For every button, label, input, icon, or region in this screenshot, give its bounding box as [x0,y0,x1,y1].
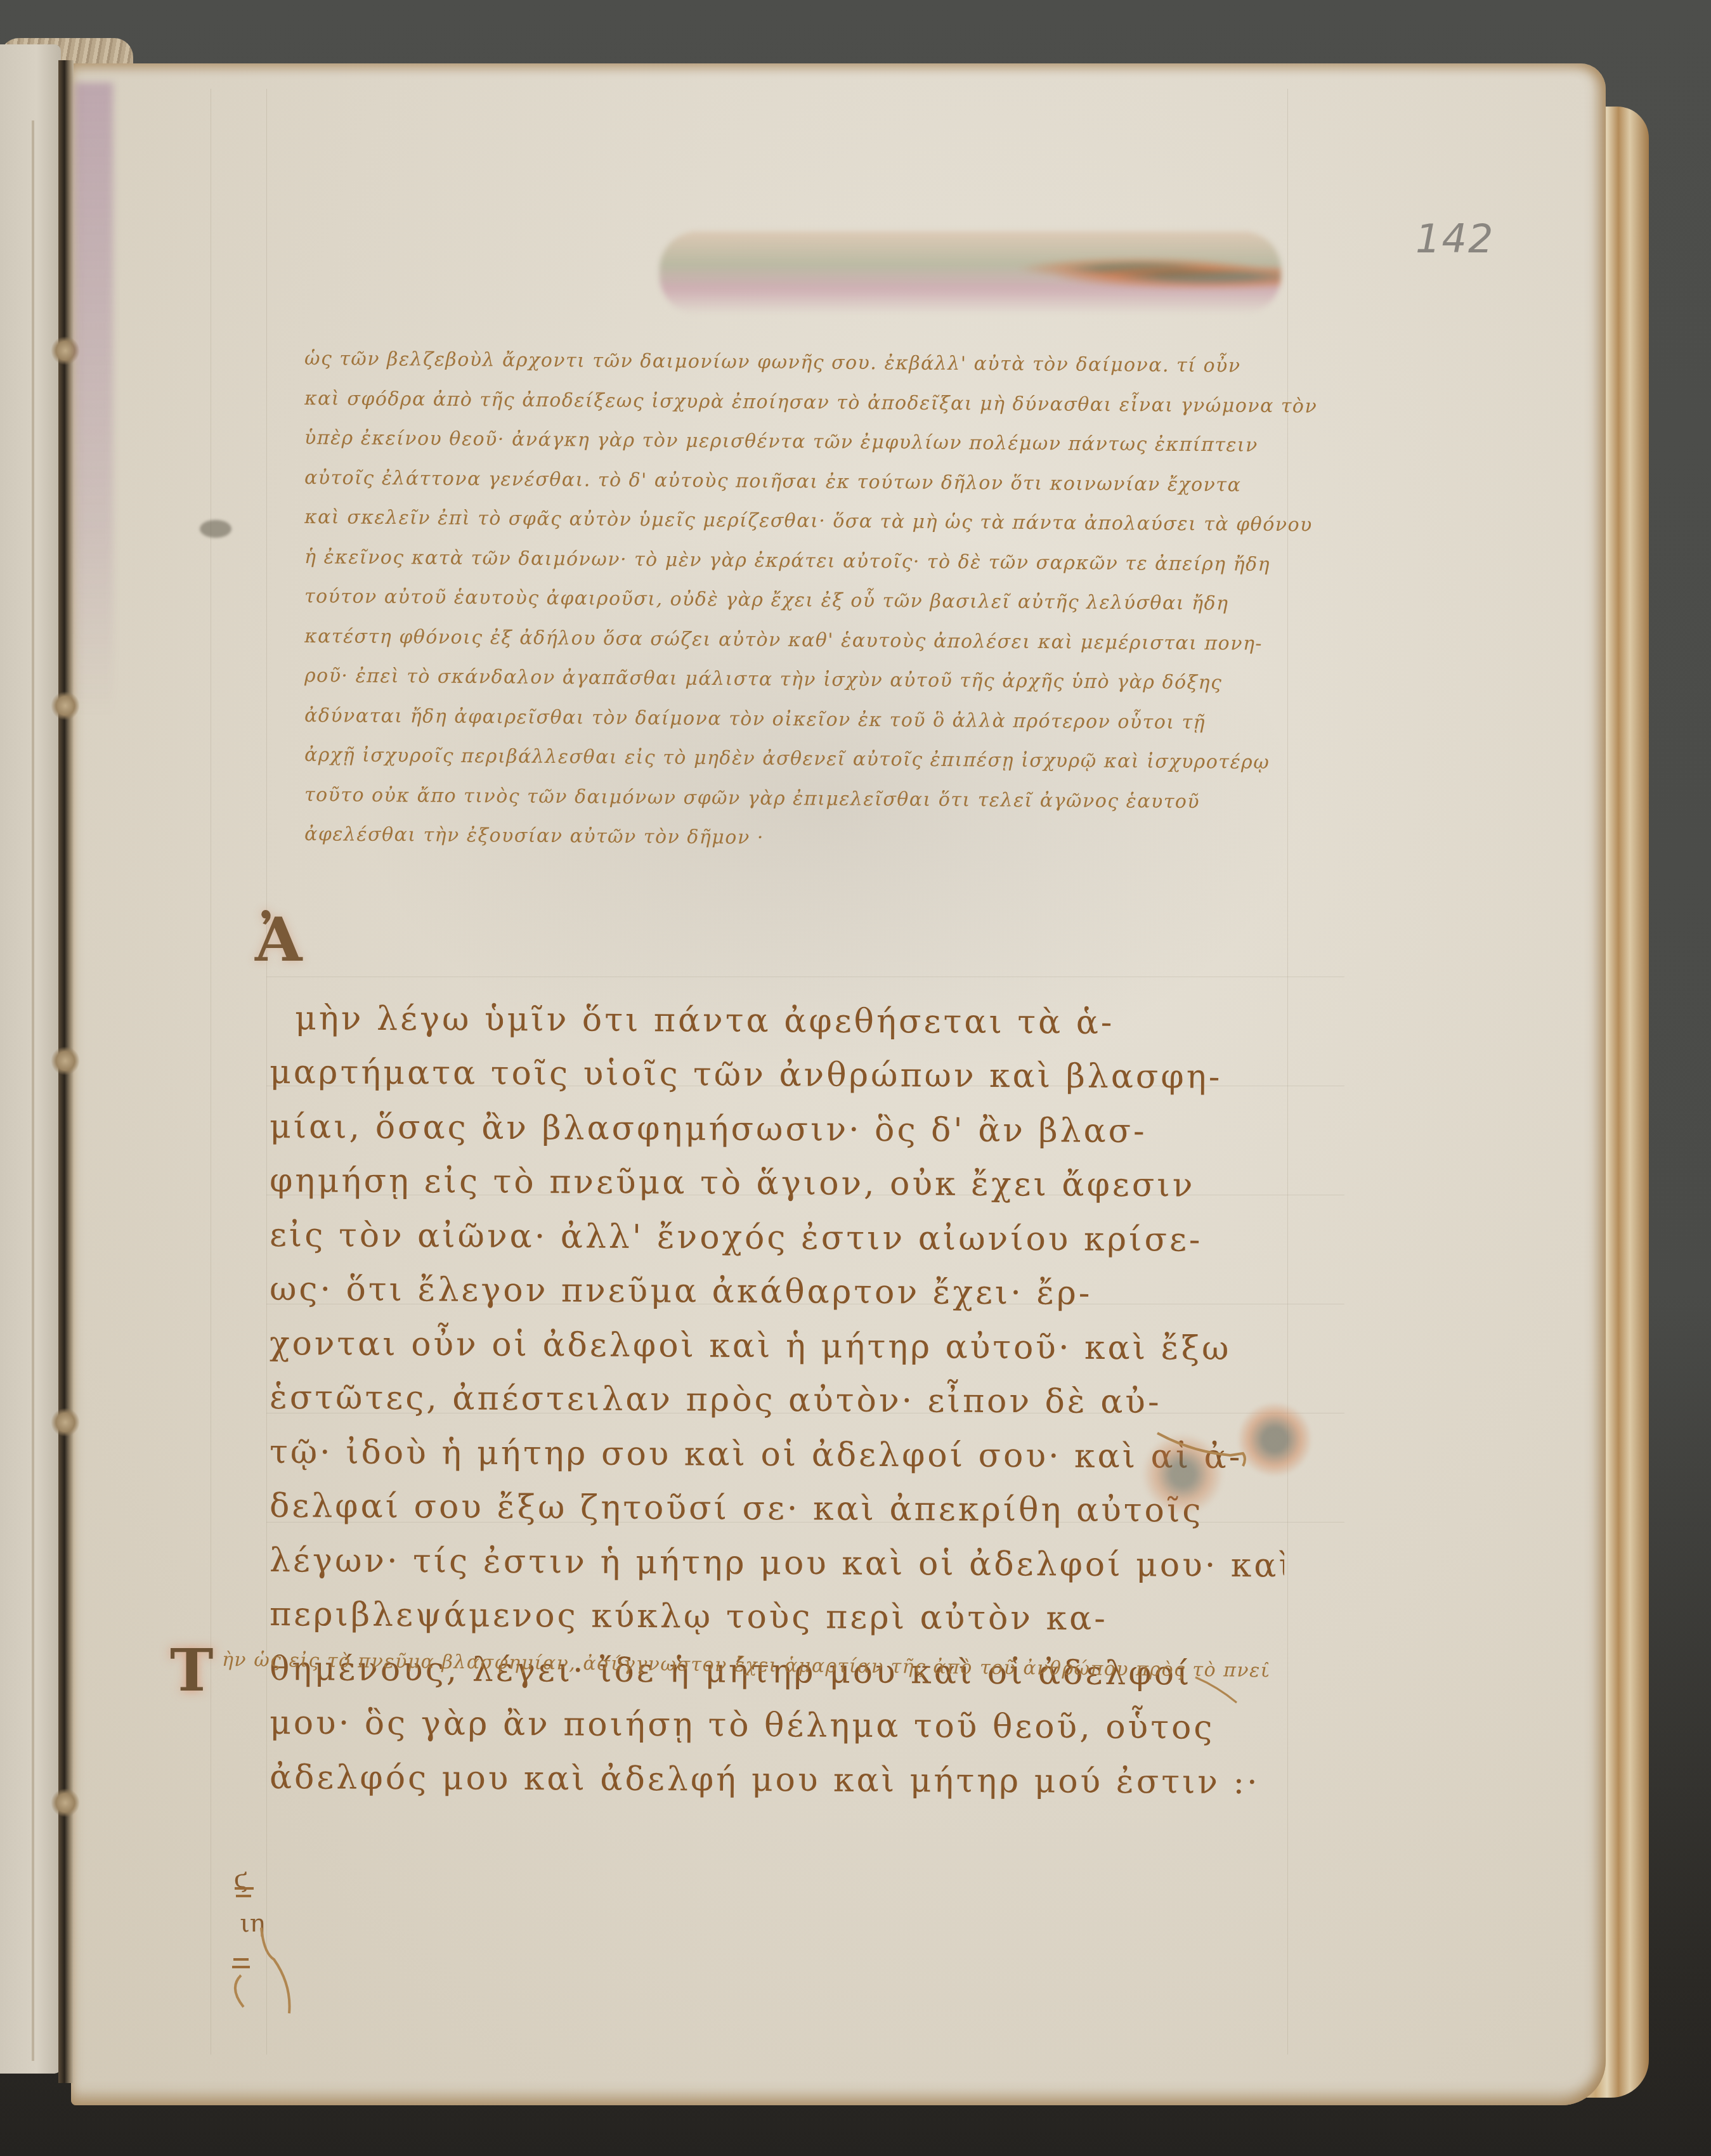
text-line: μου· ὃς γὰρ ἂν ποιήσῃ τὸ θέλημα τοῦ θεοῦ… [270,1696,1284,1756]
text-line: δελφαί σου ἔξω ζητοῦσί σε· καὶ ἀπεκρίθη … [270,1479,1284,1539]
text-line: εἰς τὸν αἰῶνα· ἀλλ' ἔνοχός ἐστιν αἰωνίου… [270,1209,1284,1268]
margin-rule [266,89,267,2055]
text-line: μαρτήματα τοῖς υἱοῖς τῶν ἀνθρώπων καὶ βλ… [270,1046,1284,1105]
text-line: περιβλεψάμενος κύκλῳ τοὺς περὶ αὐτὸν κα- [270,1588,1284,1647]
text-line [270,937,1284,997]
text-line: ἀδελφός μου καὶ ἀδελφή μου καὶ μήτηρ μού… [270,1751,1284,1810]
ink-blot [200,520,231,538]
text-line: ἑστῶτες, ἀπέστειλαν πρὸς αὐτὸν· εἶπον δὲ… [270,1371,1284,1431]
previous-leaf-fold [0,120,34,2061]
margin-flourish-icon [228,1864,304,2016]
sewing-station-icon [51,1788,80,1817]
text-line: λέγων· τίς ἐστιν ἡ μήτηρ μου καὶ οἱ ἀδελ… [270,1534,1284,1594]
margin-bracket-icon [1154,1427,1281,1471]
text-line: τῷ· ἰδοὺ ἡ μήτηρ σου καὶ οἱ ἀδελφοί σου·… [270,1425,1284,1485]
commentary-block: ὡς τῶν βελζεβοὺλ ἄρχοντι τῶν δαιμονίων φ… [304,339,1332,855]
faded-headpiece [660,231,1281,314]
margin-rule [211,89,211,2055]
folio-number: 142 [1415,216,1494,262]
purple-stain [75,82,113,717]
sewing-station-icon [51,1408,80,1437]
text-line: φημήσῃ εἰς τὸ πνεῦμα τὸ ἅγιον, οὐκ ἔχει … [270,1154,1284,1214]
text-line: ως· ὅτι ἔλεγον πνεῦμα ἀκάθαρτον ἔχει· ἔρ… [270,1263,1284,1322]
text-line: χονται οὖν οἱ ἀδελφοὶ καὶ ἡ μήτηρ αὐτοῦ·… [270,1317,1284,1377]
text-line: μίαι, ὅσας ἂν βλασφημήσωσιν· ὃς δ' ἂν βλ… [270,1100,1284,1160]
text-line: μὴν λέγω ὑμῖν ὅτι πάντα ἀφεθήσεται τὰ ἁ- [270,992,1284,1051]
sewing-station-icon [51,1046,80,1075]
quire-signature-mark: ϛ ιη [228,1864,304,2004]
line-end-flourish-icon [1192,1674,1243,1712]
decorated-initial-tau: Τ [170,1636,213,1705]
commentary-line: ἀφελέσθαι τὴν ἐξουσίαν αὐτῶν τὸν δῆμον · [304,815,1332,862]
